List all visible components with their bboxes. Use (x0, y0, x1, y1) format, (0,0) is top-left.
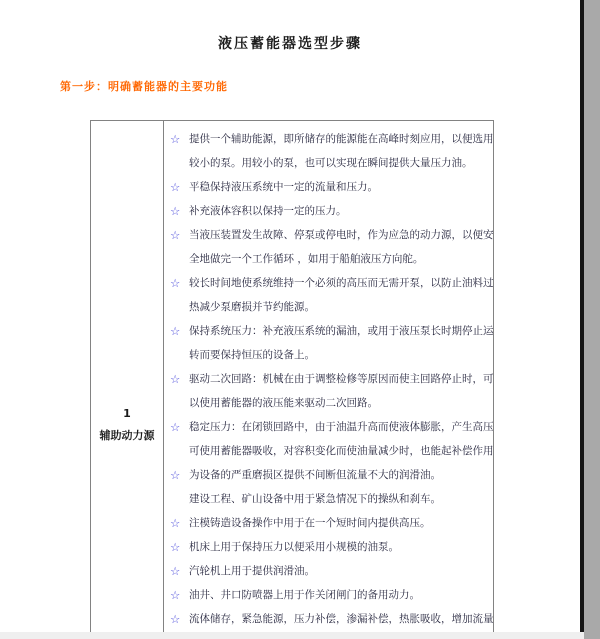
star-bullet-icon: ☆ (170, 271, 184, 295)
list-item-line: 较小的泵。用较小的泵，也可以实现在瞬间提供大量压力油。 (164, 151, 493, 175)
item-text: 当液压装置发生故障、停泵或停电时，作为应急的动力源，以便安 (189, 229, 493, 241)
list-item-line: ☆补充液体容积以保持一定的压力。 (164, 199, 493, 223)
item-text: 补充液体容积以保持一定的压力。 (189, 205, 347, 217)
item-text: 保持系统压力：补充液压系统的漏油，或用于液压泵长时期停止运 (189, 325, 493, 337)
viewer-background-strip (584, 0, 600, 639)
star-bullet-icon: ☆ (170, 175, 184, 199)
list-item-line: ☆保持系统压力：补充液压系统的漏油，或用于液压泵长时期停止运 (164, 319, 493, 343)
list-item-line: ☆流体储存，紧急能源，压力补偿，渗漏补偿，热胀吸收，增加流量。 (164, 607, 493, 631)
item-text: 驱动二次回路：机械在由于调整检修等原因而使主回路停止时，可 (189, 373, 493, 385)
star-bullet-icon: ☆ (170, 583, 184, 607)
list-item-line: ☆驱动二次回路：机械在由于调整检修等原因而使主回路停止时，可 (164, 367, 493, 391)
item-text: 为设备的严重磨损区提供不间断但流量不大的润滑油。 (189, 469, 441, 481)
item-text: 建设工程、矿山设备中用于紧急情况下的操纵和刹车。 (189, 493, 441, 505)
star-bullet-icon: ☆ (170, 199, 184, 223)
item-text: 较长时间地使系统维持一个必须的高压而无需开泵，以防止油料过 (189, 277, 493, 289)
item-text: 全地做完一个工作循环 ，如用于船舶液压方向舵。 (189, 253, 423, 265)
star-bullet-icon: ☆ (170, 463, 184, 487)
item-text: 可使用蓄能器吸收，对容积变化而使油量减少时，也能起补偿作用。 (189, 445, 493, 457)
list-item-line: ☆为设备的严重磨损区提供不间断但流量不大的润滑油。 (164, 463, 493, 487)
list-item-line: 转而要保持恒压的设备上。 (164, 343, 493, 367)
list-item-line: 可使用蓄能器吸收，对容积变化而使油量减少时，也能起补偿作用。 (164, 439, 493, 463)
star-bullet-icon: ☆ (170, 319, 184, 343)
item-text: 机床上用于保持压力以便采用小规模的油泵。 (189, 541, 399, 553)
list-item-line: 全地做完一个工作循环 ，如用于船舶液压方向舵。 (164, 247, 493, 271)
section-heading-step1: 第一步：明确蓄能器的主要功能 (60, 78, 228, 94)
list-item-line: ☆油井、井口防喷器上用于作关闭闸门的备用动力。 (164, 583, 493, 607)
functions-table: 1 辅助动力源 ☆提供一个辅助能源，即所储存的能源能在高峰时刻应用，以便选用较小… (90, 120, 494, 632)
list-item-line: ☆提供一个辅助能源，即所储存的能源能在高峰时刻应用，以便选用 (164, 127, 493, 151)
item-text: 稳定压力：在闭锁回路中，由于油温升高而使液体膨胀，产生高压 (189, 421, 493, 433)
list-item-line: ☆汽轮机上用于提供润滑油。 (164, 559, 493, 583)
row-number: 1 (91, 403, 163, 425)
item-text: 较小的泵。用较小的泵，也可以实现在瞬间提供大量压力油。 (189, 157, 473, 169)
list-item-line: ☆当液压装置发生故障、停泵或停电时，作为应急的动力源，以便安 (164, 223, 493, 247)
list-item-line: 以使用蓄能器的液压能来驱动二次回路。 (164, 391, 493, 415)
star-bullet-icon: ☆ (170, 415, 184, 439)
star-bullet-icon: ☆ (170, 127, 184, 151)
document-title: 液压蓄能器选型步骤 (0, 33, 580, 53)
table-cell-functions-list: ☆提供一个辅助能源，即所储存的能源能在高峰时刻应用，以便选用较小的泵。用较小的泵… (164, 121, 493, 632)
star-bullet-icon: ☆ (170, 559, 184, 583)
list-item-line: ☆机床上用于保持压力以便采用小规模的油泵。 (164, 535, 493, 559)
star-bullet-icon: ☆ (170, 607, 184, 631)
item-text: 转而要保持恒压的设备上。 (189, 349, 315, 361)
document-page: 液压蓄能器选型步骤 第一步：明确蓄能器的主要功能 1 辅助动力源 ☆提供一个辅助… (0, 0, 600, 639)
item-text: 以使用蓄能器的液压能来驱动二次回路。 (189, 397, 378, 409)
page-bottom-margin (0, 632, 584, 639)
list-item-line: ☆稳定压力：在闭锁回路中，由于油温升高而使液体膨胀，产生高压 (164, 415, 493, 439)
row-header-label: 1 辅助动力源 (91, 403, 163, 447)
item-text: 流体储存，紧急能源，压力补偿，渗漏补偿，热胀吸收，增加流量。 (189, 613, 493, 625)
item-text: 平稳保持液压系统中一定的流量和压力。 (189, 181, 378, 193)
item-text: 注模铸造设备操作中用于在一个短时间内提供高压。 (189, 517, 431, 529)
list-item-line: ☆平稳保持液压系统中一定的流量和压力。 (164, 175, 493, 199)
list-item-line: 建设工程、矿山设备中用于紧急情况下的操纵和刹车。 (164, 487, 493, 511)
table-cell-row-header: 1 辅助动力源 (91, 121, 164, 632)
item-text: 提供一个辅助能源，即所储存的能源能在高峰时刻应用，以便选用 (189, 133, 493, 145)
item-text: 热减少泵磨损并节约能源。 (189, 301, 315, 313)
star-bullet-icon: ☆ (170, 223, 184, 247)
star-bullet-icon: ☆ (170, 535, 184, 559)
list-item-line: ☆较长时间地使系统维持一个必须的高压而无需开泵，以防止油料过 (164, 271, 493, 295)
list-item-line: ☆注模铸造设备操作中用于在一个短时间内提供高压。 (164, 511, 493, 535)
item-text: 油井、井口防喷器上用于作关闭闸门的备用动力。 (189, 589, 420, 601)
item-text: 汽轮机上用于提供润滑油。 (189, 565, 315, 577)
list-item-line: 热减少泵磨损并节约能源。 (164, 295, 493, 319)
star-bullet-icon: ☆ (170, 511, 184, 535)
star-bullet-icon: ☆ (170, 367, 184, 391)
row-label: 辅助动力源 (91, 425, 163, 447)
